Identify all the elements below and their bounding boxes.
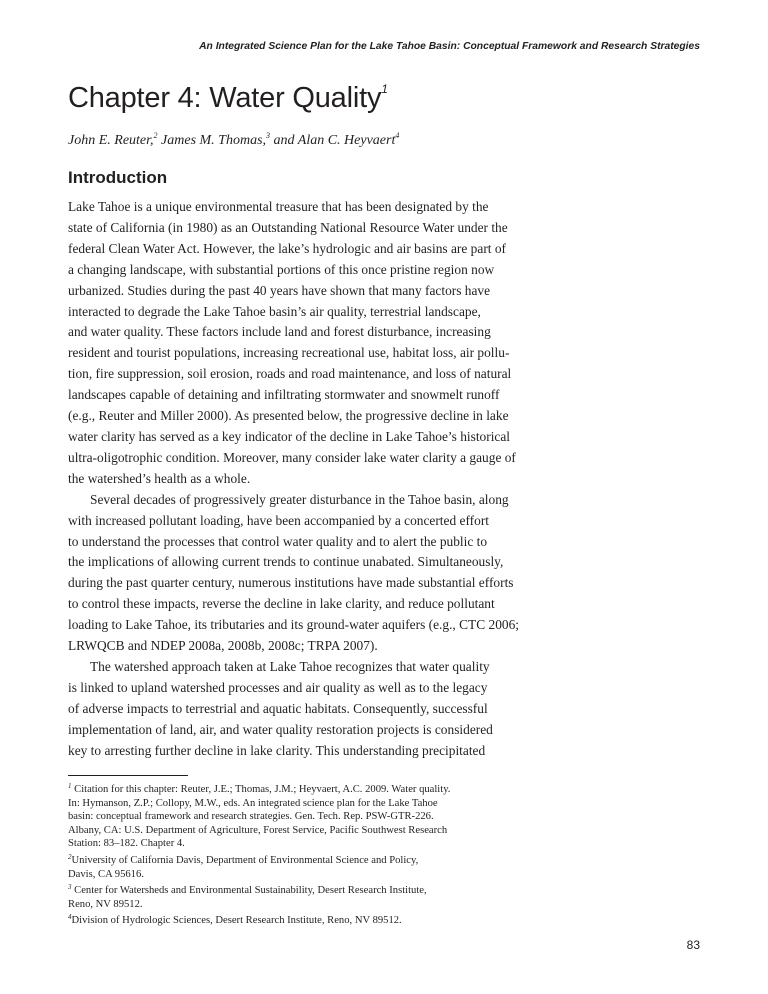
author-list: John E. Reuter,2 James M. Thomas,3 and A… [68,131,399,149]
text-line: LRWQCB and NDEP 2008a, 2008b, 2008c; TRP… [68,636,548,657]
footnote-text: In: Hymanson, Z.P.; Collopy, M.W., eds. … [68,797,508,811]
footnote-2: 2University of California Davis, Departm… [68,851,508,868]
text-line: Several decades of progressively greater… [68,490,548,511]
text-line: landscapes capable of detaining and infi… [68,385,548,406]
footnote-1: 1 Citation for this chapter: Reuter, J.E… [68,780,508,797]
text-line: a changing landscape, with substantial p… [68,260,548,281]
chapter-title-text: Chapter 4: Water Quality [68,82,381,114]
body-text: Lake Tahoe is a unique environmental tre… [68,197,548,761]
footnote-text: Division of Hydrologic Sciences, Desert … [72,915,402,926]
footnote-marker: 1 [381,82,387,96]
text-line: is linked to upland watershed processes … [68,678,548,699]
footnote-text: Albany, CA: U.S. Department of Agricultu… [68,824,508,838]
text-line: of adverse impacts to terrestrial and aq… [68,699,548,720]
footnote-text: Station: 83–182. Chapter 4. [68,837,508,851]
footnote-text: Citation for this chapter: Reuter, J.E.;… [72,784,451,795]
chapter-title: Chapter 4: Water Quality1 [68,82,388,115]
text-line: state of California (in 1980) as an Outs… [68,218,548,239]
text-line: implementation of land, air, and water q… [68,720,548,741]
text-line: with increased pollutant loading, have b… [68,511,548,532]
text-line: Lake Tahoe is a unique environmental tre… [68,197,548,218]
footnote-marker: 4 [395,131,399,140]
text-line: resident and tourist populations, increa… [68,343,548,364]
text-line: to understand the processes that control… [68,532,548,553]
text-line: and water quality. These factors include… [68,322,548,343]
text-line: urbanized. Studies during the past 40 ye… [68,281,548,302]
running-header: An Integrated Science Plan for the Lake … [199,41,700,52]
footnote-text: Reno, NV 89512. [68,898,508,912]
footnote-4: 4Division of Hydrologic Sciences, Desert… [68,911,508,928]
page-number: 83 [687,938,700,952]
text-line: ultra-oligotrophic condition. Moreover, … [68,448,548,469]
text-line: The watershed approach taken at Lake Tah… [68,657,548,678]
author-name: John E. Reuter, [68,133,154,148]
text-line: the watershed’s health as a whole. [68,469,548,490]
text-line: key to arresting further decline in lake… [68,741,548,762]
footnote-3: 3 Center for Watersheds and Environmenta… [68,881,508,898]
footnote-text: Davis, CA 95616. [68,868,508,882]
text-line: federal Clean Water Act. However, the la… [68,239,548,260]
footnotes: 1 Citation for this chapter: Reuter, J.E… [68,780,508,928]
text-line: the implications of allowing current tre… [68,552,548,573]
text-line: to control these impacts, reverse the de… [68,594,548,615]
footnote-divider [68,775,188,776]
section-heading: Introduction [68,168,167,188]
text-line: interacted to degrade the Lake Tahoe bas… [68,302,548,323]
footnote-text: University of California Davis, Departme… [72,855,419,866]
author-name: and Alan C. Heyvaert [270,133,395,148]
footnote-text: basin: conceptual framework and research… [68,810,508,824]
text-line: (e.g., Reuter and Miller 2000). As prese… [68,406,548,427]
text-line: tion, fire suppression, soil erosion, ro… [68,364,548,385]
text-line: water clarity has served as a key indica… [68,427,548,448]
text-line: during the past quarter century, numerou… [68,573,548,594]
author-name: James M. Thomas, [158,133,267,148]
footnote-text: Center for Watersheds and Environmental … [72,885,427,896]
text-line: loading to Lake Tahoe, its tributaries a… [68,615,548,636]
